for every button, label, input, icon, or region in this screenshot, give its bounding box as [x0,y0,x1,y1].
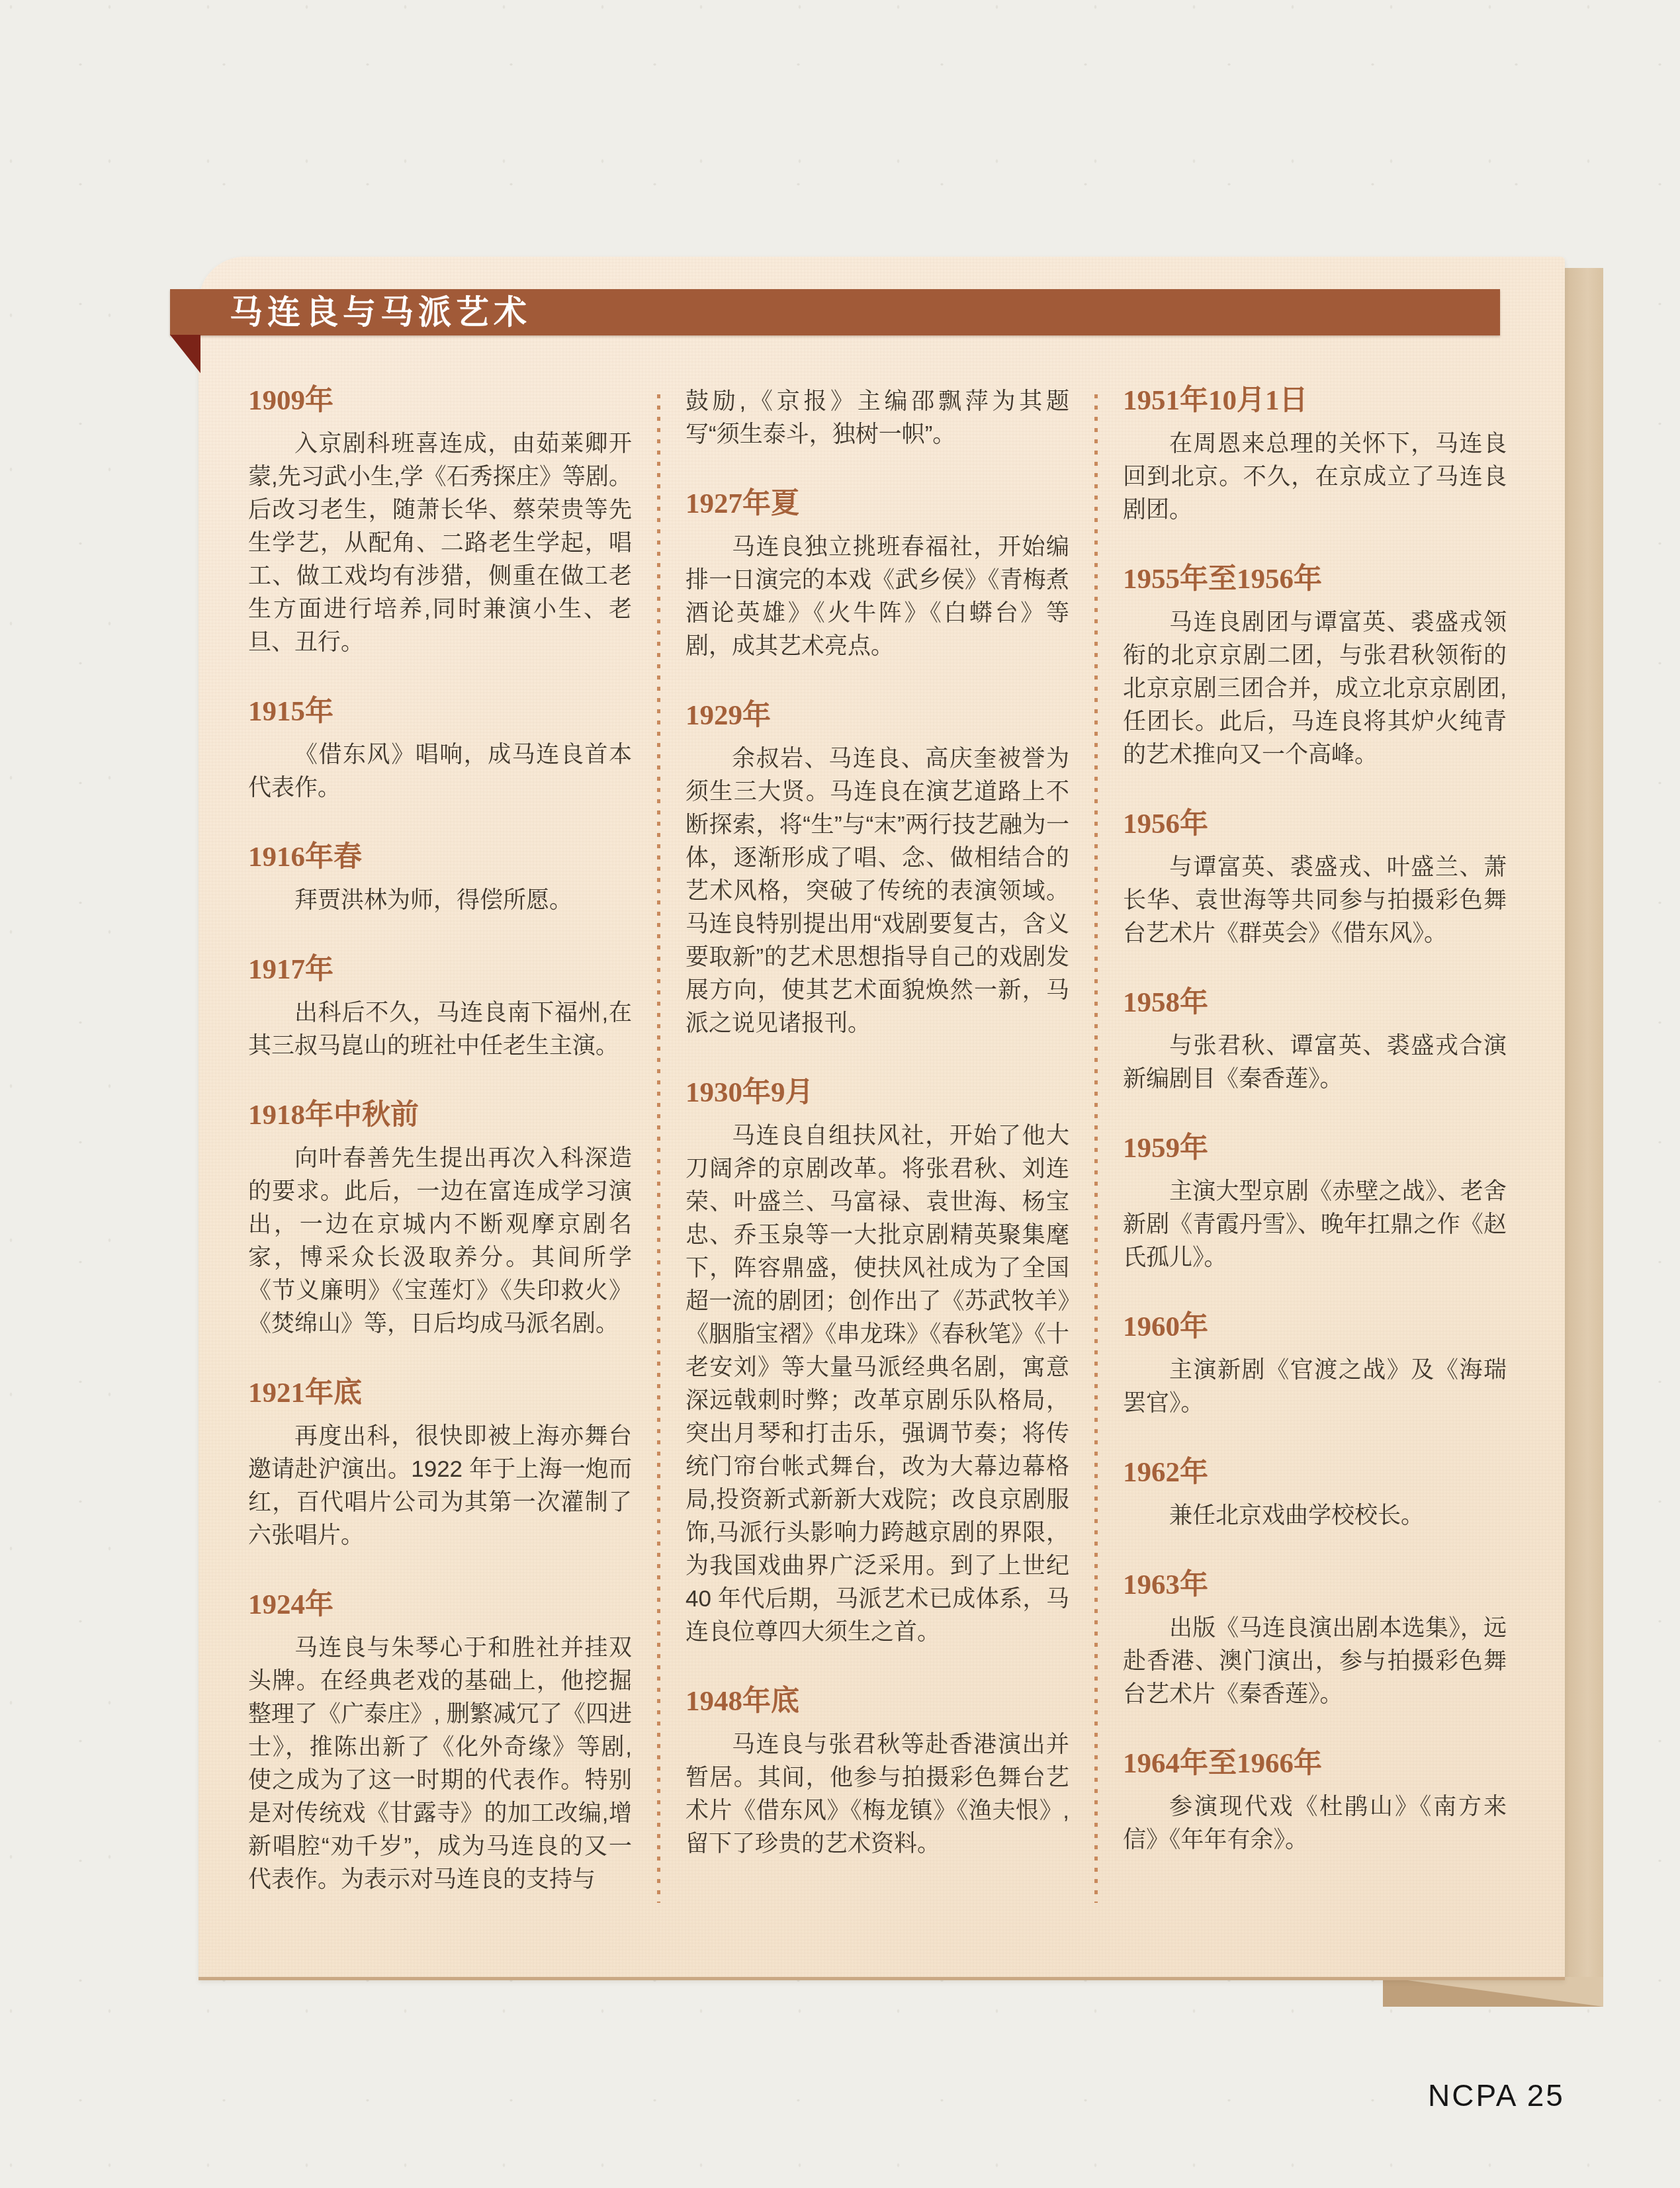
timeline-year-heading: 1930年9月 [685,1077,1069,1109]
timeline-entry: 1921年底再度出科，很快即被上海亦舞台邀请赴沪演出。1922 年于上海一炮而红… [248,1378,632,1552]
ribbon-fold-icon [170,335,200,373]
timeline-year-heading: 1915年 [248,696,632,728]
timeline-text: 拜贾洪林为师，得偿所愿。 [248,884,632,917]
timeline-entry: 1918年中秋前向叶春善先生提出再次入科深造的要求。此后，一边在富连成学习演出，… [248,1100,632,1340]
timeline-entry: 1924年马连良与朱琴心于和胜社并挂双头牌。在经典老戏的基础上，他挖掘整理了《广… [248,1589,632,1896]
timeline-year-heading: 1959年 [1123,1133,1507,1164]
timeline-year-heading: 1964年至1966年 [1123,1748,1507,1780]
timeline-entry: 1956年与谭富英、裘盛戎、叶盛兰、萧长华、袁世海等共同参与拍摄彩色舞台艺术片《… [1123,809,1507,950]
timeline-year-heading: 1956年 [1123,809,1507,840]
timeline-entry: 1927年夏马连良独立挑班春福社，开始编排一日演完的本戏《武乡侯》《青梅煮酒论英… [685,488,1069,663]
timeline-entry: 1964年至1966年参演现代戏《杜鹃山》《南方来信》《年年有余》。 [1123,1748,1507,1857]
timeline-text: 出科后不久，马连良南下福州,在其三叔马崑山的班社中任老生主演。 [248,996,632,1063]
timeline-text: 马连良独立挑班春福社，开始编排一日演完的本戏《武乡侯》《青梅煮酒论英雄》《火牛阵… [685,531,1069,663]
column-divider [657,394,660,1903]
timeline-text: 出版《马连良演出剧本选集》，远赴香港、澳门演出，参与拍摄彩色舞台艺术片《秦香莲》… [1123,1612,1507,1711]
timeline-year-heading: 1927年夏 [685,488,1069,520]
back-page-edge [1565,268,1603,2005]
timeline-year-heading: 1921年底 [248,1378,632,1409]
timeline-text: 与张君秋、谭富英、裘盛戎合演新编剧目《秦香莲》。 [1123,1029,1507,1096]
timeline-text: 向叶春善先生提出再次入科深造的要求。此后，一边在富连成学习演出，一边在京城内不断… [248,1142,632,1340]
timeline-year-heading: 1958年 [1123,987,1507,1019]
timeline-text: 主演新剧《官渡之战》及《海瑞罢官》。 [1123,1354,1507,1420]
page-background: 马连良与马派艺术 1909年入京剧科班喜连成，由茹莱卿开蒙,先习武小生,学《石秀… [0,0,1680,2188]
timeline-year-heading: 1918年中秋前 [248,1100,632,1131]
timeline-text: 马连良剧团与谭富英、裘盛戎领衔的北京京剧二团，与张君秋领衔的北京京剧三团合并，成… [1123,606,1507,771]
timeline-text: 余叔岩、马连良、高庆奎被誉为须生三大贤。马连良在演艺道路上不断探索，将“生”与“… [685,742,1069,1040]
timeline-text: 参演现代戏《杜鹃山》《南方来信》《年年有余》。 [1123,1790,1507,1857]
timeline-year-heading: 1948年底 [685,1686,1069,1718]
timeline-text: 马连良自组扶风社，开始了他大刀阔斧的京剧改革。将张君秋、刘连荣、叶盛兰、马富禄、… [685,1119,1069,1649]
page-number: NCPA 25 [1428,2078,1565,2113]
timeline-entry: 1951年10月1日在周恩来总理的关怀下，马连良回到北京。不久，在京成立了马连良… [1123,385,1507,527]
timeline-entry: 1959年主演大型京剧《赤壁之战》、老舍新剧《青霞丹雪》、晚年扛鼎之作《赵氏孤儿… [1123,1133,1507,1274]
timeline-text: 《借东风》唱响，成马连良首本代表作。 [248,738,632,805]
timeline-column-2: 鼓励,《京报》主编邵飘萍为其题写“须生泰斗，独树一帜”。1927年夏马连良独立挑… [685,385,1069,1933]
timeline-entry: 1917年出科后不久，马连良南下福州,在其三叔马崑山的班社中任老生主演。 [248,954,632,1063]
timeline-year-heading: 1951年10月1日 [1123,385,1507,417]
timeline-text: 兼任北京戏曲学校校长。 [1123,1499,1507,1532]
timeline-entry: 1929年余叔岩、马连良、高庆奎被誉为须生三大贤。马连良在演艺道路上不断探索，将… [685,700,1069,1040]
timeline-text: 入京剧科班喜连成，由茹莱卿开蒙,先习武小生,学《石秀探庄》等剧。后改习老生，随萧… [248,427,632,659]
column-divider [1094,394,1098,1903]
timeline-entry: 1916年春拜贾洪林为师，得偿所愿。 [248,842,632,917]
timeline-text: 马连良与朱琴心于和胜社并挂双头牌。在经典老戏的基础上，他挖掘整理了《广泰庄》, … [248,1632,632,1896]
timeline-column-3: 1951年10月1日在周恩来总理的关怀下，马连良回到北京。不久，在京成立了马连良… [1123,385,1507,1933]
back-page-corner [1383,1977,1603,2007]
timeline-text: 再度出科，很快即被上海亦舞台邀请赴沪演出。1922 年于上海一炮而红，百代唱片公… [248,1420,632,1552]
timeline-year-heading: 1962年 [1123,1457,1507,1489]
timeline-column-1: 1909年入京剧科班喜连成，由茹莱卿开蒙,先习武小生,学《石秀探庄》等剧。后改习… [248,385,632,1933]
timeline-year-heading: 1929年 [685,700,1069,732]
timeline-content: 1909年入京剧科班喜连成，由茹莱卿开蒙,先习武小生,学《石秀探庄》等剧。后改习… [248,385,1507,1933]
timeline-year-heading: 1917年 [248,954,632,986]
timeline-text: 在周恩来总理的关怀下，马连良回到北京。不久，在京成立了马连良剧团。 [1123,427,1507,527]
timeline-text: 主演大型京剧《赤壁之战》、老舍新剧《青霞丹雪》、晚年扛鼎之作《赵氏孤儿》。 [1123,1175,1507,1274]
timeline-entry: 1930年9月马连良自组扶风社，开始了他大刀阔斧的京剧改革。将张君秋、刘连荣、叶… [685,1077,1069,1649]
timeline-entry: 鼓励,《京报》主编邵飘萍为其题写“须生泰斗，独树一帜”。 [685,385,1069,451]
timeline-text: 马连良与张君秋等赴香港演出并暂居。其间，他参与拍摄彩色舞台艺术片《借东风》《梅龙… [685,1728,1069,1860]
page-fold-triangle [1383,1977,1603,2007]
timeline-year-heading: 1955年至1956年 [1123,564,1507,595]
timeline-year-heading: 1960年 [1123,1311,1507,1343]
timeline-entry: 1915年《借东风》唱响，成马连良首本代表作。 [248,696,632,805]
timeline-year-heading: 1916年春 [248,842,632,873]
timeline-entry: 1960年主演新剧《官渡之战》及《海瑞罢官》。 [1123,1311,1507,1420]
timeline-entry: 1962年兼任北京戏曲学校校长。 [1123,1457,1507,1532]
timeline-entry: 1909年入京剧科班喜连成，由茹莱卿开蒙,先习武小生,学《石秀探庄》等剧。后改习… [248,385,632,659]
page-title: 马连良与马派艺术 [230,296,531,329]
timeline-entry: 1958年与张君秋、谭富英、裘盛戎合演新编剧目《秦香莲》。 [1123,987,1507,1096]
timeline-text: 与谭富英、裘盛戎、叶盛兰、萧长华、袁世海等共同参与拍摄彩色舞台艺术片《群英会》《… [1123,851,1507,950]
timeline-year-heading: 1909年 [248,385,632,417]
timeline-entry: 1963年出版《马连良演出剧本选集》，远赴香港、澳门演出，参与拍摄彩色舞台艺术片… [1123,1569,1507,1711]
timeline-year-heading: 1924年 [248,1589,632,1621]
timeline-text: 鼓励,《京报》主编邵飘萍为其题写“须生泰斗，独树一帜”。 [685,385,1069,451]
timeline-entry: 1948年底马连良与张君秋等赴香港演出并暂居。其间，他参与拍摄彩色舞台艺术片《借… [685,1686,1069,1860]
timeline-year-heading: 1963年 [1123,1569,1507,1601]
title-bar: 马连良与马派艺术 [170,289,1500,335]
timeline-entry: 1955年至1956年马连良剧团与谭富英、裘盛戎领衔的北京京剧二团，与张君秋领衔… [1123,564,1507,771]
